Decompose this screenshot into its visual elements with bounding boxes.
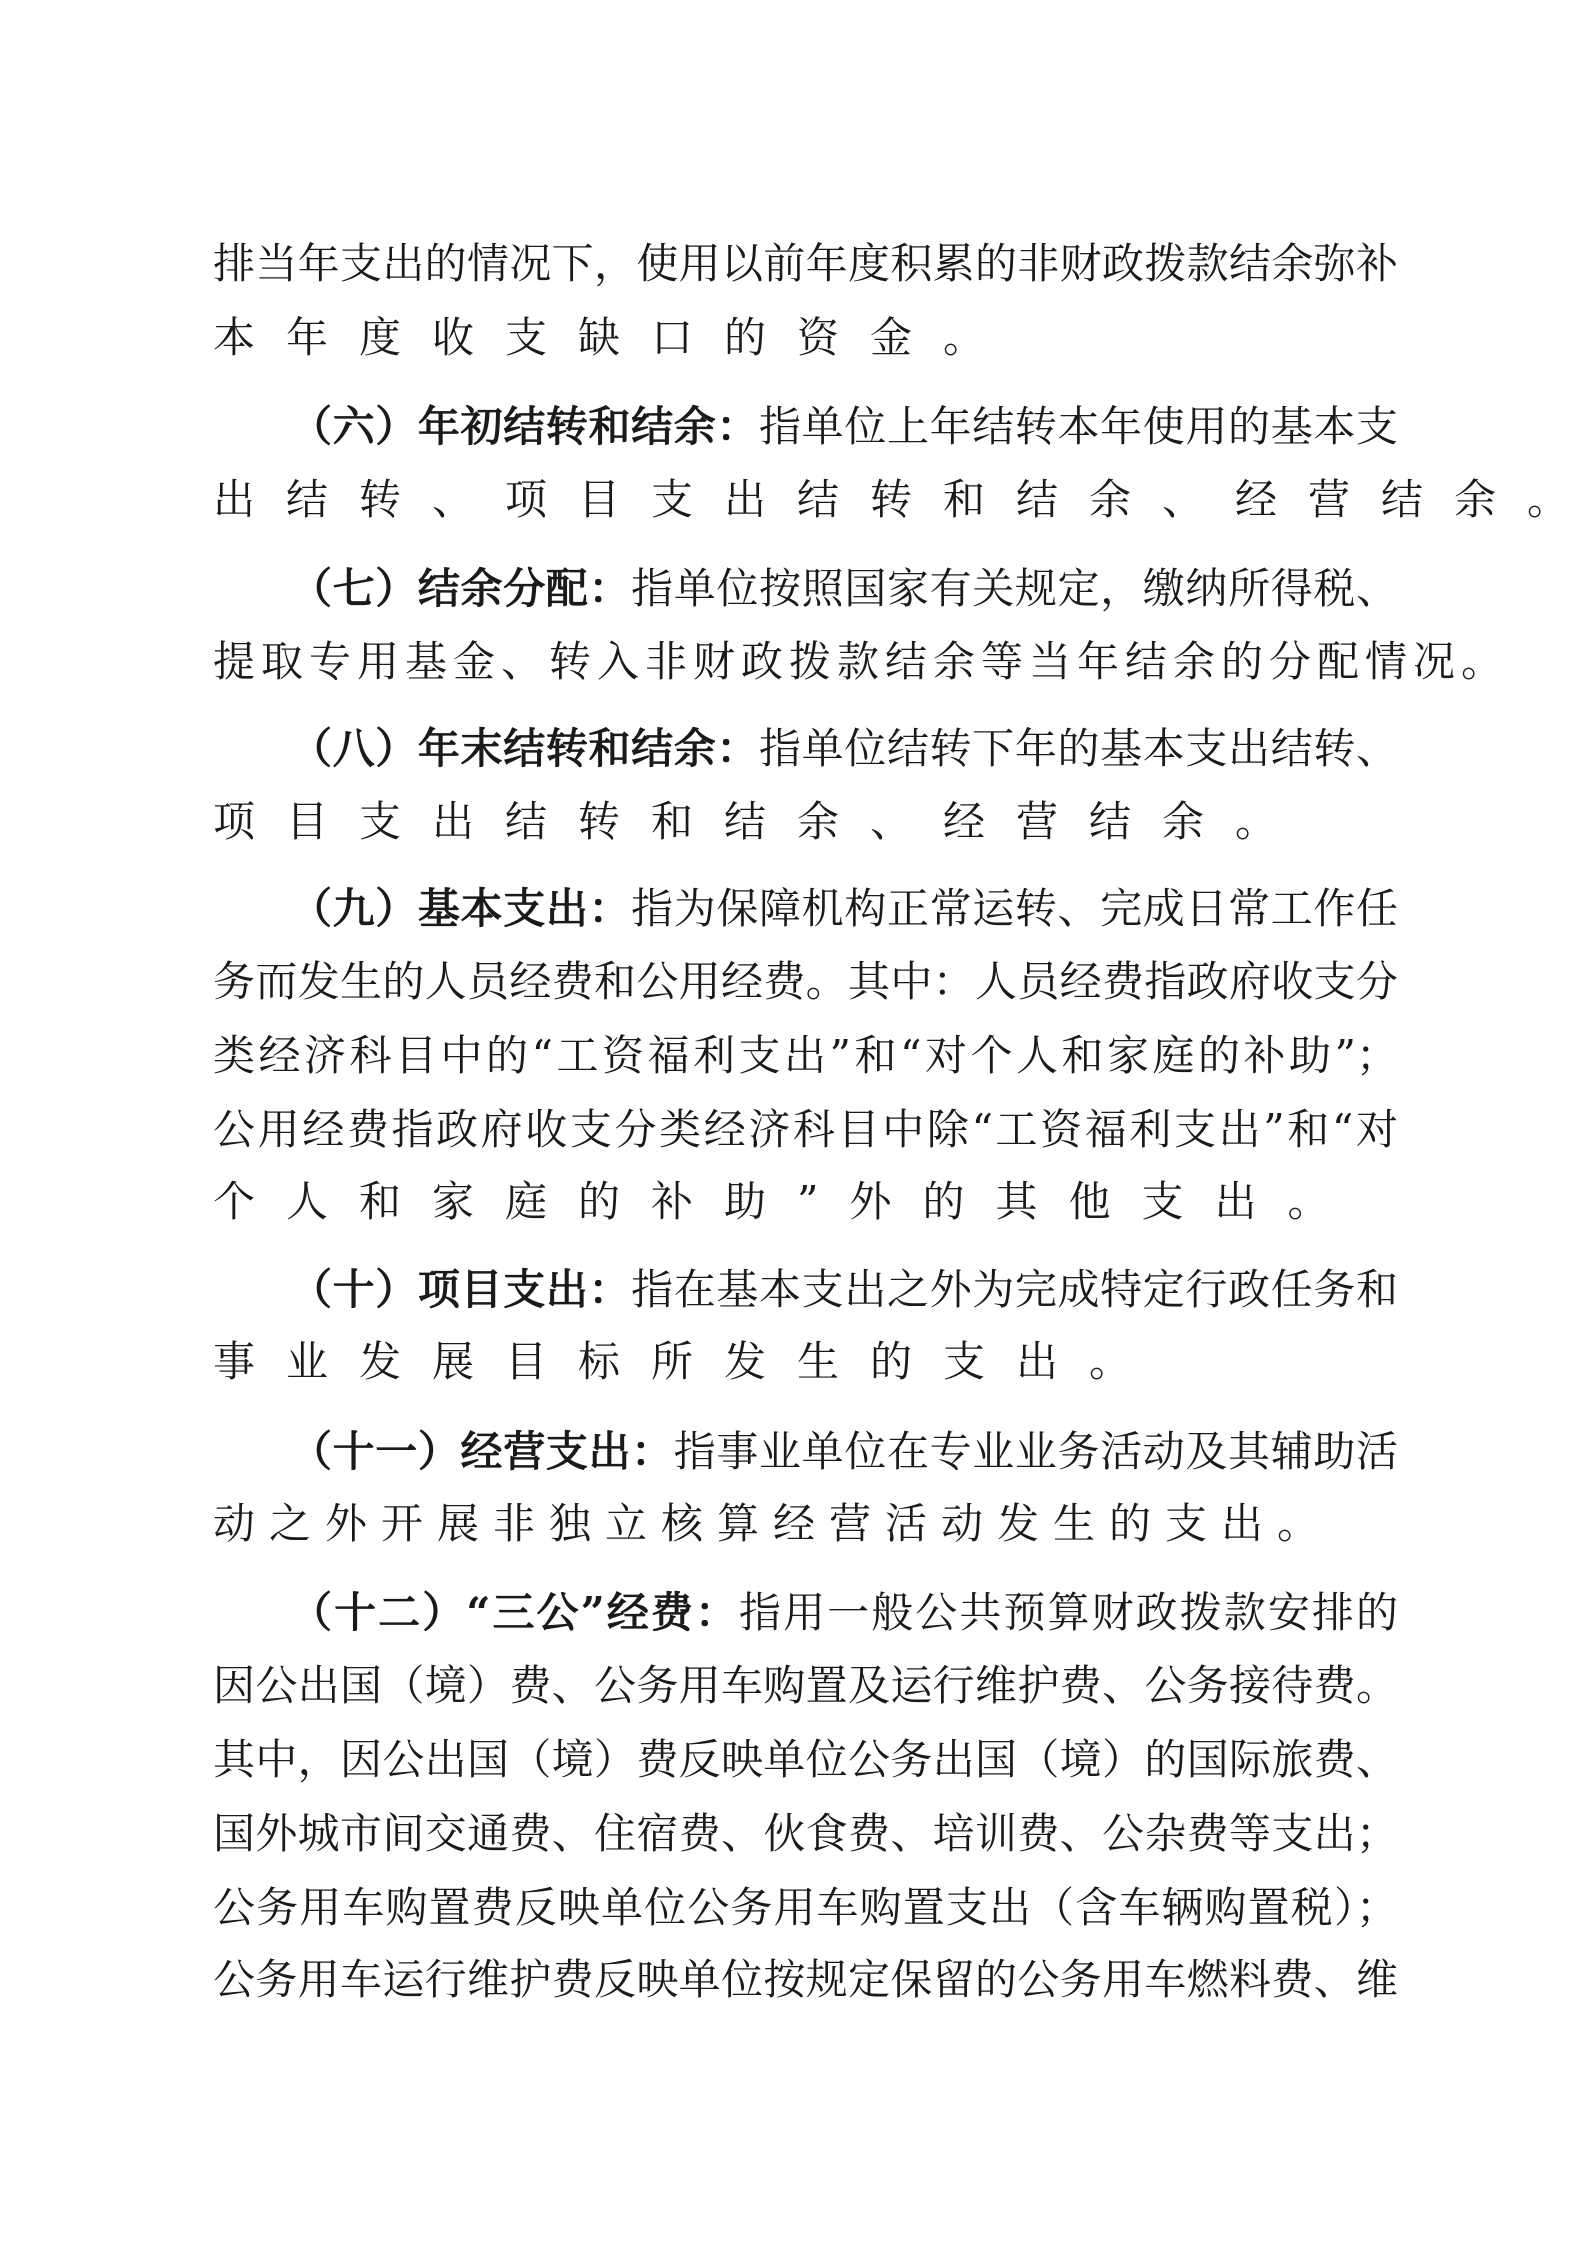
item-text: 指用一般公共预算财政拨款安排的 <box>739 1588 1398 1637</box>
paragraph-line: 动之外开展非独立核算经营活动发生的支出。 <box>213 1494 1398 1554</box>
paragraph-line: 公务用车运行维护费反映单位按规定保留的公务用车燃料费、维 <box>213 1950 1398 2010</box>
item-heading: （十二）“三公”经费： <box>290 1588 739 1637</box>
paragraph-line: 排当年支出的情况下，使用以前年度积累的非财政拨款结余弥补 <box>213 234 1398 294</box>
document-page: 排当年支出的情况下，使用以前年度积累的非财政拨款结余弥补 本年度收支缺口的资金。… <box>0 0 1587 2245</box>
item-text: 指单位按照国家有关规定，缴纳所得税、 <box>631 564 1398 613</box>
paragraph-line: 公务用车购置费反映单位公务用车购置支出（含车辆购置税）； <box>213 1878 1398 1938</box>
paragraph-line: 事业发展目标所发生的支出。 <box>213 1332 1398 1392</box>
paragraph-line: 个人和家庭的补助”外的其他支出。 <box>213 1172 1398 1232</box>
paragraph-line: 出结转、项目支出结转和结余、经营结余。 <box>213 470 1398 530</box>
paragraph-line: 务而发生的人员经费和公用经费。其中：人员经费指政府收支分 <box>213 952 1398 1012</box>
item-text: 指单位结转下年的基本支出结转、 <box>759 724 1398 773</box>
paragraph-line: 公用经费指政府收支分类经济科目中除“工资福利支出”和“对 <box>213 1100 1398 1160</box>
paragraph-line: 类经济科目中的“工资福利支出”和“对个人和家庭的补助”； <box>213 1026 1398 1086</box>
item-heading: （九）基本支出： <box>290 884 631 933</box>
paragraph-heading-line-item-7: （七）结余分配：指单位按照国家有关规定，缴纳所得税、 <box>290 559 1398 619</box>
paragraph-heading-line-item-6: （六）年初结转和结余：指单位上年结转本年使用的基本支 <box>290 397 1398 457</box>
item-heading: （六）年初结转和结余： <box>290 402 759 451</box>
paragraph-line: 国外城市间交通费、住宿费、伙食费、培训费、公杂费等支出； <box>213 1804 1398 1864</box>
item-heading: （十一）经营支出： <box>290 1427 674 1476</box>
paragraph-line: 因公出国（境）费、公务用车购置及运行维护费、公务接待费。 <box>213 1656 1398 1716</box>
item-text: 指单位上年结转本年使用的基本支 <box>759 402 1398 451</box>
paragraph-line: 提取专用基金、转入非财政拨款结余等当年结余的分配情况。 <box>213 632 1398 692</box>
item-heading: （八）年末结转和结余： <box>290 724 759 773</box>
paragraph-line: 其中，因公出国（境）费反映单位公务出国（境）的国际旅费、 <box>213 1730 1398 1790</box>
item-text: 指事业单位在专业业务活动及其辅助活 <box>674 1427 1398 1476</box>
paragraph-heading-line-item-9: （九）基本支出：指为保障机构正常运转、完成日常工作任 <box>290 879 1398 939</box>
item-heading: （十）项目支出： <box>290 1265 631 1314</box>
paragraph-heading-line-item-12: （十二）“三公”经费：指用一般公共预算财政拨款安排的 <box>290 1583 1398 1643</box>
paragraph-heading-line-item-10: （十）项目支出：指在基本支出之外为完成特定行政任务和 <box>290 1260 1398 1320</box>
paragraph-heading-line-item-8: （八）年末结转和结余：指单位结转下年的基本支出结转、 <box>290 719 1398 779</box>
paragraph-line: 项目支出结转和结余、经营结余。 <box>213 792 1398 852</box>
paragraph-heading-line-item-11: （十一）经营支出：指事业单位在专业业务活动及其辅助活 <box>290 1422 1398 1482</box>
paragraph-line: 本年度收支缺口的资金。 <box>213 308 1398 368</box>
item-text: 指为保障机构正常运转、完成日常工作任 <box>631 884 1398 933</box>
item-heading: （七）结余分配： <box>290 564 631 613</box>
item-text: 指在基本支出之外为完成特定行政任务和 <box>631 1265 1398 1314</box>
